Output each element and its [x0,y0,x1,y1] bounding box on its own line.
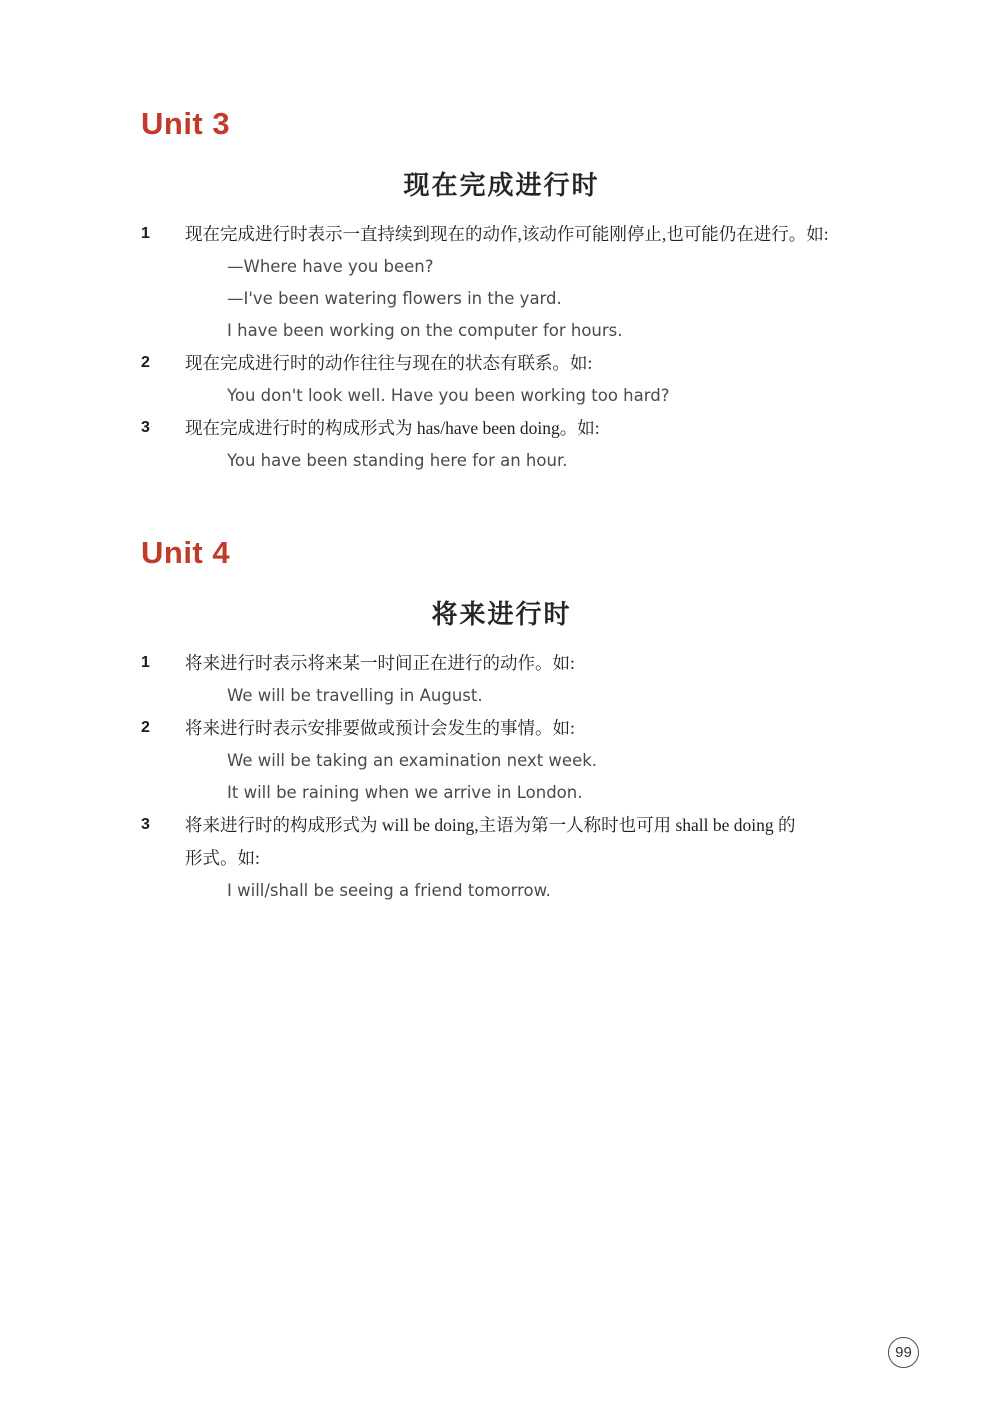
item-number: 1 [141,218,185,250]
item-body: 将来进行时表示安排要做或预计会发生的事情。如: We will be takin… [185,712,862,809]
unit-3-title: 现在完成进行时 [141,168,862,202]
item-text-segment: 的 [774,815,796,835]
list-item: 2 将来进行时表示安排要做或预计会发生的事情。如: We will be tak… [141,712,862,809]
textbook-page: Unit 3 现在完成进行时 1 现在完成进行时表示一直持续到现在的动作,该动作… [0,0,1000,1422]
unit-4-items: 1 将来进行时表示将来某一时间正在进行的动作。如: We will be tra… [141,647,862,907]
example-sentence: We will be taking an examination next we… [227,745,862,776]
unit-3-section: Unit 3 现在完成进行时 1 现在完成进行时表示一直持续到现在的动作,该动作… [141,106,862,477]
unit-3-heading: Unit 3 [141,106,862,142]
item-body: 现在完成进行时的动作往往与现在的状态有联系。如: You don't look … [185,347,862,412]
page-number-label: 99 [895,1344,912,1361]
page-number-badge: 99 [888,1337,919,1368]
item-text: 将来进行时表示安排要做或预计会发生的事情。如: [185,712,862,744]
example-sentence: We will be travelling in August. [227,680,862,711]
list-item: 3 现在完成进行时的构成形式为 has/have been doing。如: Y… [141,412,862,477]
item-number: 2 [141,347,185,379]
item-number: 2 [141,712,185,744]
item-text: 现在完成进行时表示一直持续到现在的动作,该动作可能刚停止,也可能仍在进行。如: [185,218,862,250]
item-text: 现在完成进行时的动作往往与现在的状态有联系。如: [185,347,862,379]
item-text-english: will be doing [382,815,474,835]
item-body: 现在完成进行时表示一直持续到现在的动作,该动作可能刚停止,也可能仍在进行。如: … [185,218,862,347]
list-item: 1 现在完成进行时表示一直持续到现在的动作,该动作可能刚停止,也可能仍在进行。如… [141,218,862,347]
example-sentence: You have been standing here for an hour. [227,445,862,476]
item-text-continuation: 形式。如: [185,842,862,874]
item-body: 将来进行时的构成形式为 will be doing,主语为第一人称时也可用 sh… [185,809,862,907]
unit-4-section: Unit 4 将来进行时 1 将来进行时表示将来某一时间正在进行的动作。如: W… [141,535,862,907]
item-body: 将来进行时表示将来某一时间正在进行的动作。如: We will be trave… [185,647,862,712]
item-number: 1 [141,647,185,679]
item-text-segment: 将来进行时表示将来某一时间正在进行的动作。如: [185,653,575,673]
item-number: 3 [141,809,185,841]
item-text: 现在完成进行时的构成形式为 has/have been doing。如: [185,412,862,444]
example-sentence: I will/shall be seeing a friend tomorrow… [227,875,862,906]
item-text-english: shall be doing [675,815,773,835]
item-text-segment: 。如: [560,418,600,438]
list-item: 3 将来进行时的构成形式为 will be doing,主语为第一人称时也可用 … [141,809,862,907]
item-body: 现在完成进行时的构成形式为 has/have been doing。如: You… [185,412,862,477]
item-text-segment: 现在完成进行时表示一直持续到现在的动作,该动作可能刚停止,也可能仍在进行。如: [185,224,829,244]
unit-4-title: 将来进行时 [141,597,862,631]
example-sentence: I have been working on the computer for … [227,315,862,346]
item-text-english: has/have been doing [417,418,560,438]
list-item: 2 现在完成进行时的动作往往与现在的状态有联系。如: You don't loo… [141,347,862,412]
item-text: 将来进行时表示将来某一时间正在进行的动作。如: [185,647,862,679]
example-sentence: It will be raining when we arrive in Lon… [227,777,862,808]
list-item: 1 将来进行时表示将来某一时间正在进行的动作。如: We will be tra… [141,647,862,712]
example-sentence: —I've been watering flowers in the yard. [227,283,862,314]
unit-3-items: 1 现在完成进行时表示一直持续到现在的动作,该动作可能刚停止,也可能仍在进行。如… [141,218,862,477]
item-text-segment: 现在完成进行时的构成形式为 [185,418,417,438]
item-text: 将来进行时的构成形式为 will be doing,主语为第一人称时也可用 sh… [185,809,862,841]
item-text-segment: 现在完成进行时的动作往往与现在的状态有联系。如: [185,353,592,373]
item-number: 3 [141,412,185,444]
unit-4-heading: Unit 4 [141,535,862,571]
item-text-segment: 将来进行时表示安排要做或预计会发生的事情。如: [185,718,575,738]
example-sentence: You don't look well. Have you been worki… [227,380,862,411]
item-text-segment: 将来进行时的构成形式为 [185,815,382,835]
item-text-segment: ,主语为第一人称时也可用 [474,815,675,835]
example-sentence: —Where have you been? [227,251,862,282]
